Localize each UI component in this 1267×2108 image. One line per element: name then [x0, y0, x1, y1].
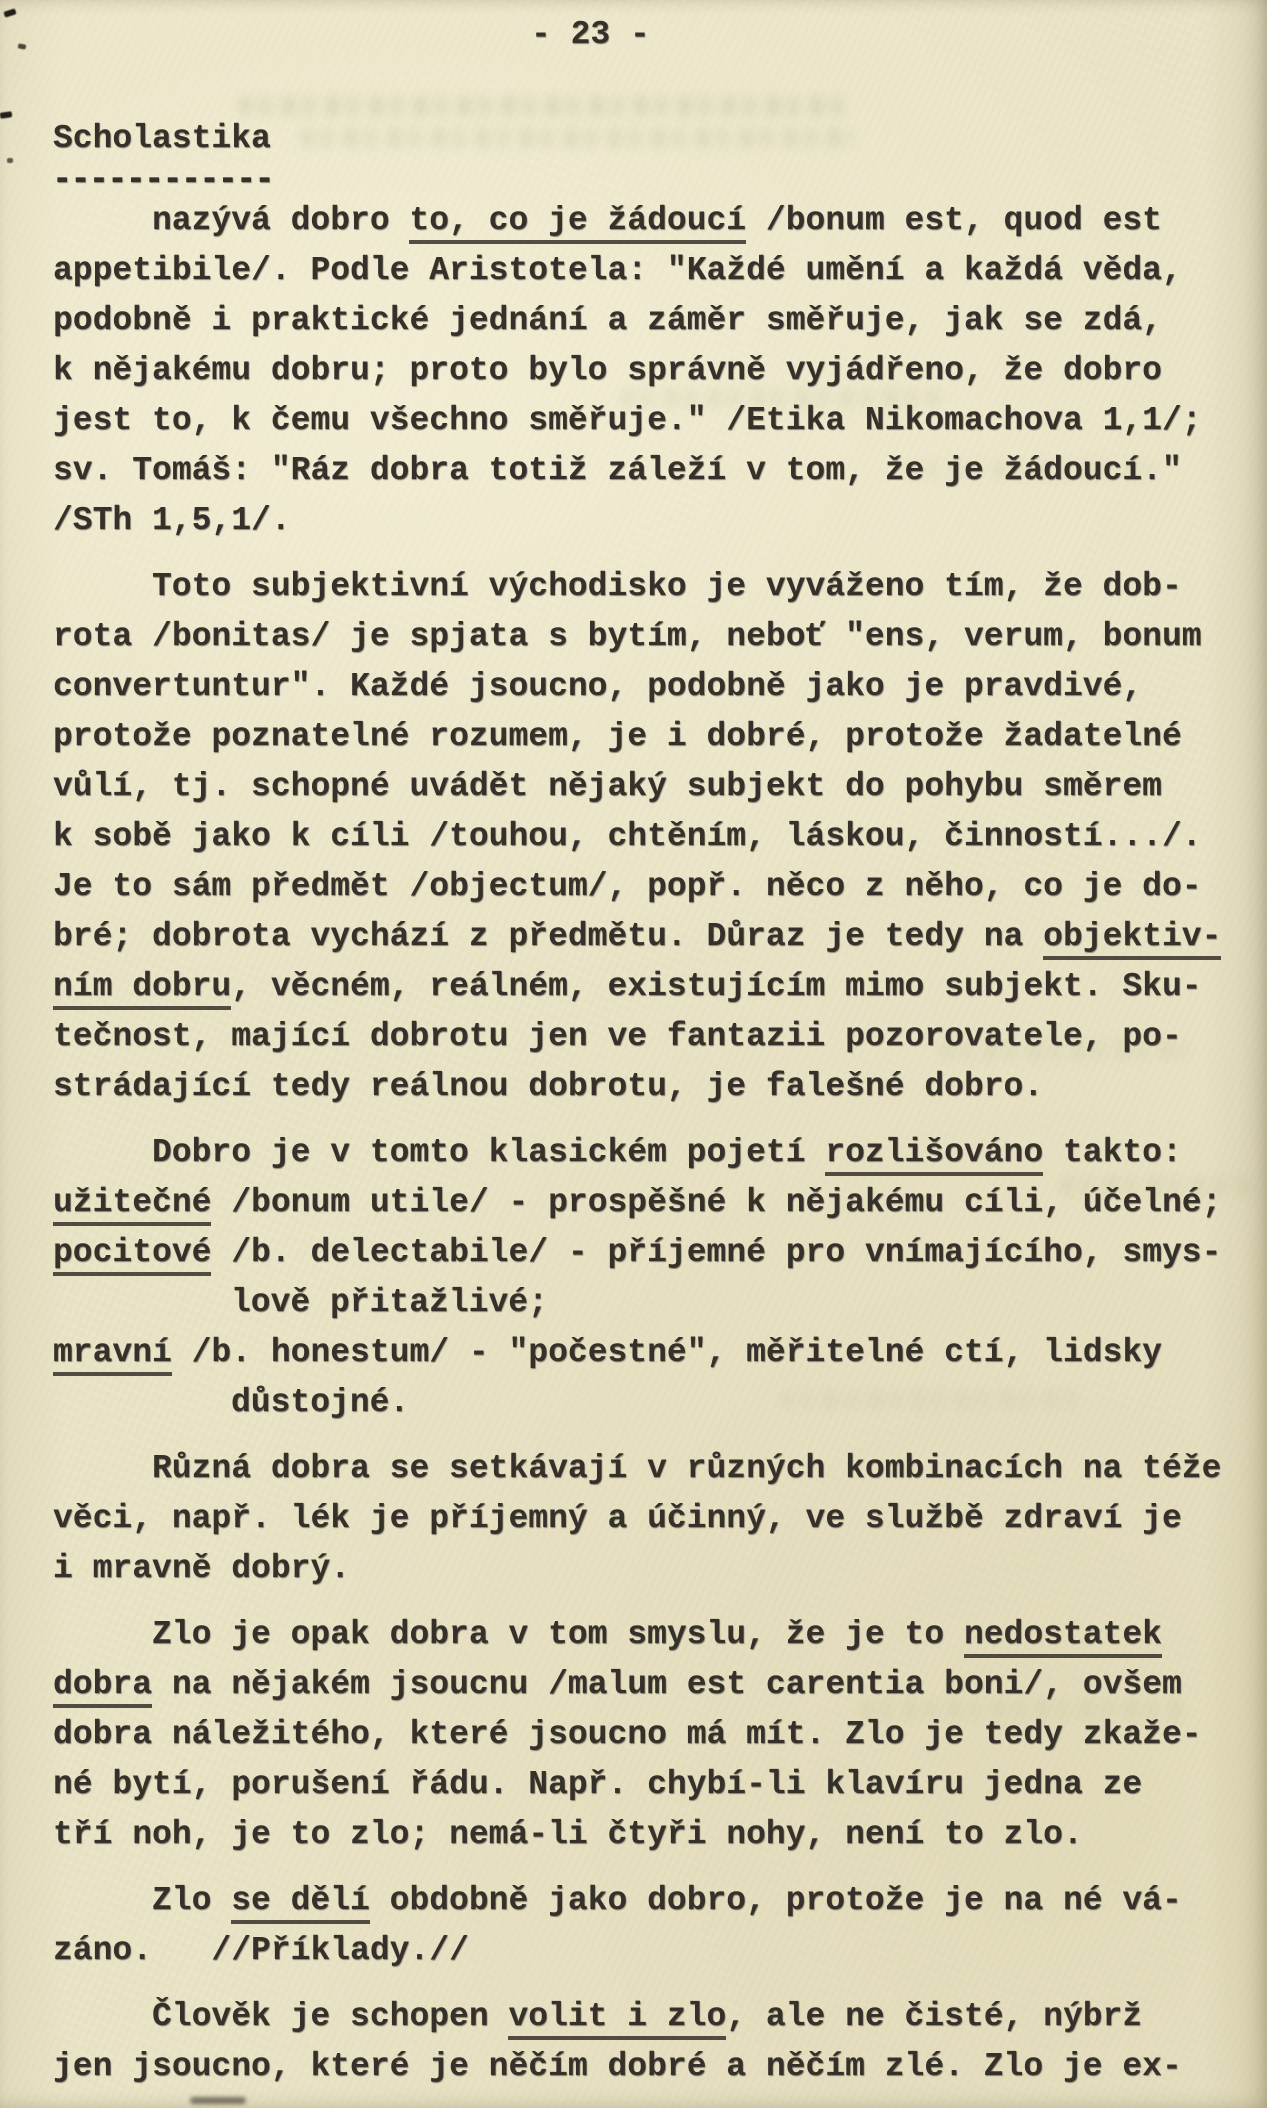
- text-line: záno. //Příklady.//: [53, 1926, 1247, 1976]
- scan-edge-speck: [7, 158, 13, 163]
- text-line: pocitové /b. delectabile/ - příjemné pro…: [53, 1228, 1247, 1278]
- text-segment: obdobně jako dobro, protože je na né vá-: [370, 1882, 1182, 1919]
- underlined-text: se dělí: [231, 1882, 370, 1924]
- text-segment: Zlo: [152, 1882, 231, 1919]
- underlined-text: objektiv-: [1043, 918, 1221, 960]
- text-line: Je to sám předmět /objectum/, popř. něco…: [53, 862, 1247, 912]
- text-line: tečnost, mající dobrotu jen ve fantazii …: [53, 1012, 1247, 1062]
- text-line: jen jsoucno, které je něčím dobré a něčí…: [53, 2042, 1247, 2092]
- text-segment: protože poznatelné rozumem, je i dobré, …: [53, 718, 1182, 755]
- text-line: podobně i praktické jednání a záměr směř…: [53, 296, 1247, 346]
- text-segment: lově přitažlivé;: [231, 1284, 548, 1321]
- text-line: /STh 1,5,1/.: [53, 496, 1247, 546]
- scan-edge-speck: [190, 2097, 246, 2104]
- text-line: vůlí, tj. schopné uvádět nějaký subjekt …: [53, 762, 1247, 812]
- scan-edge-speck: [18, 43, 27, 49]
- underlined-text: dobra: [53, 1666, 152, 1708]
- text-segment: sv. Tomáš: "Ráz dobra totiž záleží v tom…: [53, 452, 1182, 489]
- text-segment: na nějakém jsoucnu /malum est carentia b…: [152, 1666, 1182, 1703]
- underlined-text: rozlišováno: [825, 1134, 1043, 1176]
- text-segment: nazývá dobro: [152, 202, 409, 239]
- text-line: rota /bonitas/ je spjata s bytím, neboť …: [53, 612, 1247, 662]
- scan-edge-speck: [0, 111, 12, 119]
- text-line: k sobě jako k cíli /touhou, chtěním, lás…: [53, 812, 1247, 862]
- text-segment: rota /bonitas/ je spjata s bytím, neboť …: [53, 618, 1202, 655]
- text-segment: /b. honestum/ - "počestné", měřitelné ct…: [172, 1334, 1162, 1371]
- text-segment: vůlí, tj. schopné uvádět nějaký subjekt …: [53, 768, 1162, 805]
- text-line: convertuntur". Každé jsoucno, podobně ja…: [53, 662, 1247, 712]
- text-line: lově přitažlivé;: [53, 1278, 1247, 1328]
- text-line: appetibile/. Podle Aristotela: "Každé um…: [53, 246, 1247, 296]
- text-line: užitečné /bonum utile/ - prospěšné k něj…: [53, 1178, 1247, 1228]
- text-line: k nějakému dobru; proto bylo správně vyj…: [53, 346, 1247, 396]
- text-segment: k sobě jako k cíli /touhou, chtěním, lás…: [53, 818, 1202, 855]
- text-segment: Toto subjektivní východisko je vyváženo …: [152, 568, 1182, 605]
- text-segment: tečnost, mající dobrotu jen ve fantazii …: [53, 1018, 1182, 1055]
- underlined-text: to, co je žádoucí: [409, 202, 746, 244]
- text-line: dobra náležitého, které jsoucno má mít. …: [53, 1710, 1247, 1760]
- text-segment: dobra náležitého, které jsoucno má mít. …: [53, 1716, 1202, 1753]
- text-line: jest to, k čemu všechno směřuje." /Etika…: [53, 396, 1247, 446]
- text-segment: Zlo je opak dobra v tom smyslu, že je to: [152, 1616, 964, 1653]
- text-segment: /bonum est, quod est: [746, 202, 1162, 239]
- text-line: nazývá dobro to, co je žádoucí /bonum es…: [53, 196, 1247, 246]
- scanned-page: - 23 - Scholastika ------------ nazývá d…: [0, 0, 1267, 2108]
- underlined-text: užitečné: [53, 1184, 211, 1226]
- text-line: Toto subjektivní východisko je vyváženo …: [53, 562, 1247, 612]
- body-text: nazývá dobro to, co je žádoucí /bonum es…: [53, 196, 1247, 2092]
- text-line: dobra na nějakém jsoucnu /malum est care…: [53, 1660, 1247, 1710]
- text-line: né bytí, porušení řádu. Např. chybí-li k…: [53, 1760, 1247, 1810]
- text-line: Různá dobra se setkávají v různých kombi…: [53, 1444, 1247, 1494]
- text-line: věci, např. lék je příjemný a účinný, ve…: [53, 1494, 1247, 1544]
- underlined-text: nedostatek: [964, 1616, 1162, 1658]
- text-line: i mravně dobrý.: [53, 1544, 1247, 1594]
- text-segment: appetibile/. Podle Aristotela: "Každé um…: [53, 252, 1182, 289]
- text-segment: né bytí, porušení řádu. Např. chybí-li k…: [53, 1766, 1142, 1803]
- underlined-text: ním dobru: [53, 968, 231, 1010]
- text-segment: k nějakému dobru; proto bylo správně vyj…: [53, 352, 1162, 389]
- text-line: strádající tedy reálnou dobrotu, je fale…: [53, 1062, 1247, 1112]
- text-line: Zlo se dělí obdobně jako dobro, protože …: [53, 1876, 1247, 1926]
- scan-edge-speck: [3, 8, 16, 17]
- text-line: protože poznatelné rozumem, je i dobré, …: [53, 712, 1247, 762]
- text-segment: Je to sám předmět /objectum/, popř. něco…: [53, 868, 1202, 905]
- text-line: důstojné.: [53, 1378, 1247, 1428]
- text-segment: Různá dobra se setkávají v různých kombi…: [152, 1450, 1221, 1487]
- page-number: - 23 -: [531, 16, 650, 53]
- text-segment: důstojné.: [231, 1384, 409, 1421]
- bleed-through-smudge: [300, 128, 855, 148]
- text-line: ním dobru, věcném, reálném, existujícím …: [53, 962, 1247, 1012]
- underlined-text: pocitové: [53, 1234, 211, 1276]
- text-segment: jen jsoucno, které je něčím dobré a něčí…: [53, 2048, 1182, 2085]
- text-segment: convertuntur". Každé jsoucno, podobně ja…: [53, 668, 1142, 705]
- text-segment: záno. //Příklady.//: [53, 1932, 469, 1969]
- text-line: bré; dobrota vychází z předmětu. Důraz j…: [53, 912, 1247, 962]
- text-segment: podobně i praktické jednání a záměr směř…: [53, 302, 1162, 339]
- text-line: Dobro je v tomto klasickém pojetí rozliš…: [53, 1128, 1247, 1178]
- text-segment: věci, např. lék je příjemný a účinný, ve…: [53, 1500, 1182, 1537]
- text-segment: tří noh, je to zlo; nemá-li čtyři nohy, …: [53, 1816, 1083, 1853]
- text-line: mravní /b. honestum/ - "počestné", měřit…: [53, 1328, 1247, 1378]
- underlined-text: volit i zlo: [508, 1998, 726, 2040]
- text-segment: /b. delectabile/ - příjemné pro vnímajíc…: [211, 1234, 1221, 1271]
- text-segment: strádající tedy reálnou dobrotu, je fale…: [53, 1068, 1043, 1105]
- text-segment: takto:: [1043, 1134, 1182, 1171]
- bleed-through-smudge: [238, 96, 848, 116]
- text-segment: Dobro je v tomto klasickém pojetí: [152, 1134, 825, 1171]
- text-line: Člověk je schopen volit i zlo, ale ne či…: [53, 1992, 1247, 2042]
- text-segment: i mravně dobrý.: [53, 1550, 350, 1587]
- text-segment: bré; dobrota vychází z předmětu. Důraz j…: [53, 918, 1043, 955]
- text-segment: /bonum utile/ - prospěšné k nějakému cíl…: [211, 1184, 1221, 1221]
- text-segment: jest to, k čemu všechno směřuje." /Etika…: [53, 402, 1202, 439]
- text-line: Zlo je opak dobra v tom smyslu, že je to…: [53, 1610, 1247, 1660]
- text-line: sv. Tomáš: "Ráz dobra totiž záleží v tom…: [53, 446, 1247, 496]
- section-heading: Scholastika: [53, 120, 271, 157]
- text-line: tří noh, je to zlo; nemá-li čtyři nohy, …: [53, 1810, 1247, 1860]
- text-segment: , věcném, reálném, existujícím mimo subj…: [231, 968, 1201, 1005]
- text-segment: , ale ne čisté, nýbrž: [726, 1998, 1142, 2035]
- underlined-text: mravní: [53, 1334, 172, 1376]
- text-segment: /STh 1,5,1/.: [53, 502, 291, 539]
- text-segment: Člověk je schopen: [152, 1998, 508, 2035]
